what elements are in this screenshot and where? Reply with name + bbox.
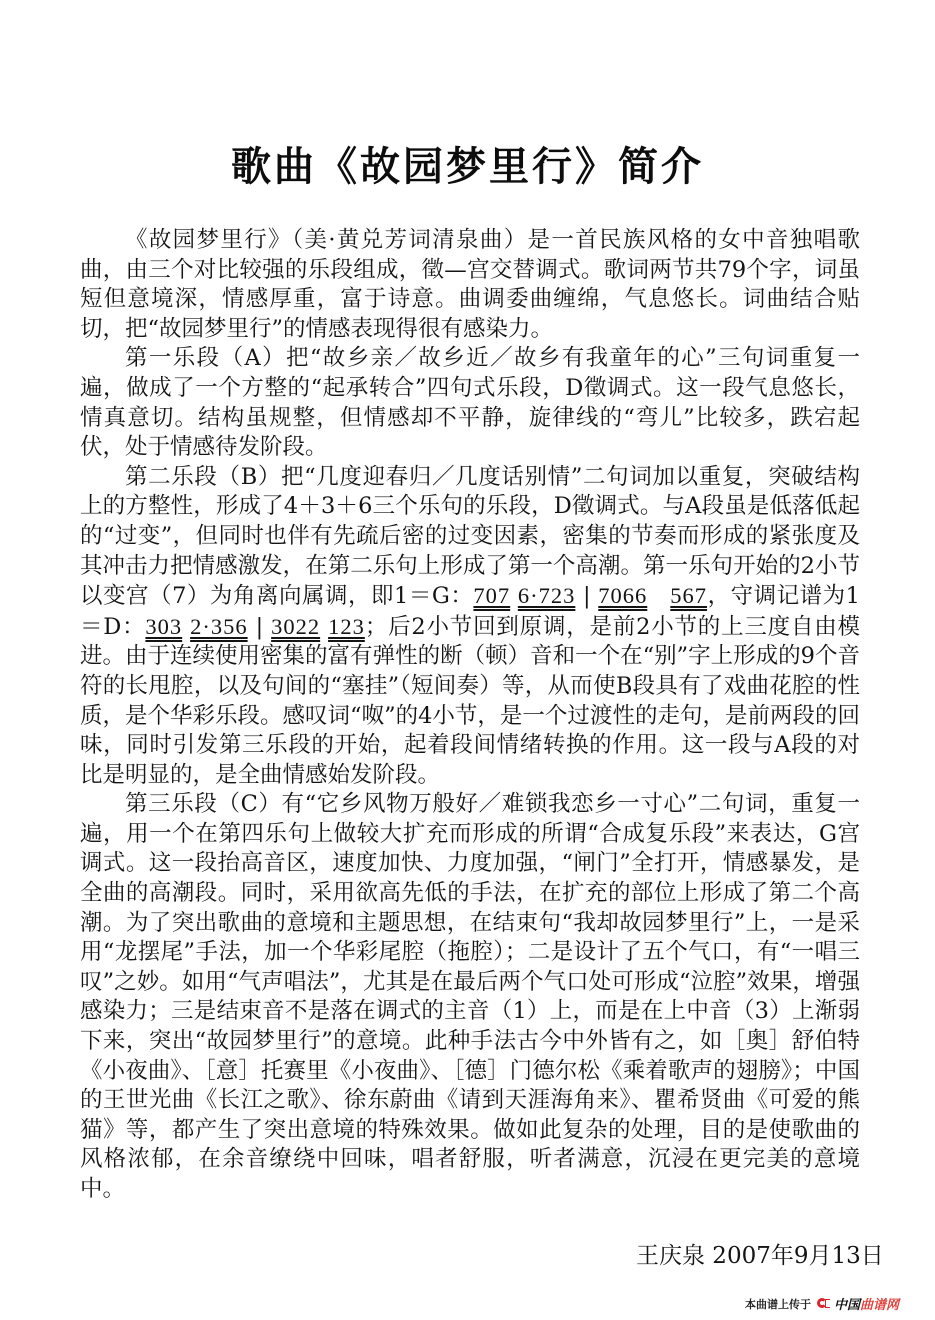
notation-d-3: 3022 — [271, 614, 320, 639]
upload-text: 本曲谱上传于 — [745, 1296, 811, 1312]
page-title: 歌曲《故园梦里行》简介 — [0, 135, 935, 192]
paragraph-intro: 《故园梦里行》（美·黄兑芳词清泉曲）是一首民族风格的女中音独唱歌曲，由三个对比较… — [80, 226, 860, 344]
paragraph-section-a: 第一乐段（A）把“故乡亲／故乡近／故乡有我童年的心”三句词重复一遍，做成了一个方… — [80, 344, 860, 462]
notation-bar-line: | — [256, 614, 264, 640]
notation-d-2: 2·356 — [190, 614, 248, 639]
document-page: 歌曲《故园梦里行》简介 《故园梦里行》（美·黄兑芳词清泉曲）是一首民族风格的女中… — [0, 0, 935, 1320]
notation-g-3: 7066 — [598, 583, 647, 608]
upload-watermark: 本曲谱上传于 中国曲谱网 — [745, 1294, 899, 1313]
notation-d-4: 123 — [328, 614, 365, 639]
cpe-logo-icon — [817, 1298, 831, 1310]
paragraph-section-b: 第二乐段（B）把“几度迎春归／几度话别情”二句词加以重复，突破结构上的方整性，形… — [80, 463, 860, 791]
article-body: 《故园梦里行》（美·黄兑芳词清泉曲）是一首民族风格的女中音独唱歌曲，由三个对比较… — [80, 226, 860, 1205]
author-signature: 王庆泉 2007年9月13日 — [636, 1237, 884, 1270]
logo-text-qupuwang: 曲谱网 — [860, 1294, 899, 1313]
notation-g-2: 6·723 — [518, 583, 576, 608]
notation-g-1: 707 — [473, 583, 510, 608]
paragraph-section-c: 第三乐段（C）有“它乡风物万般好／难锁我恋乡一寸心”二句词，重复一遍，用一个在第… — [80, 790, 860, 1204]
section-b-text-after: ；后2小节回到原调，是前2小节的上三度自由模进。由于连续使用密集的富有弹性的断（… — [80, 614, 860, 788]
notation-bar-line: | — [583, 583, 591, 609]
notation-d-1: 303 — [145, 614, 182, 639]
notation-g-4: 567 — [670, 583, 707, 608]
logo-text-zhongguo: 中国 — [834, 1294, 860, 1313]
